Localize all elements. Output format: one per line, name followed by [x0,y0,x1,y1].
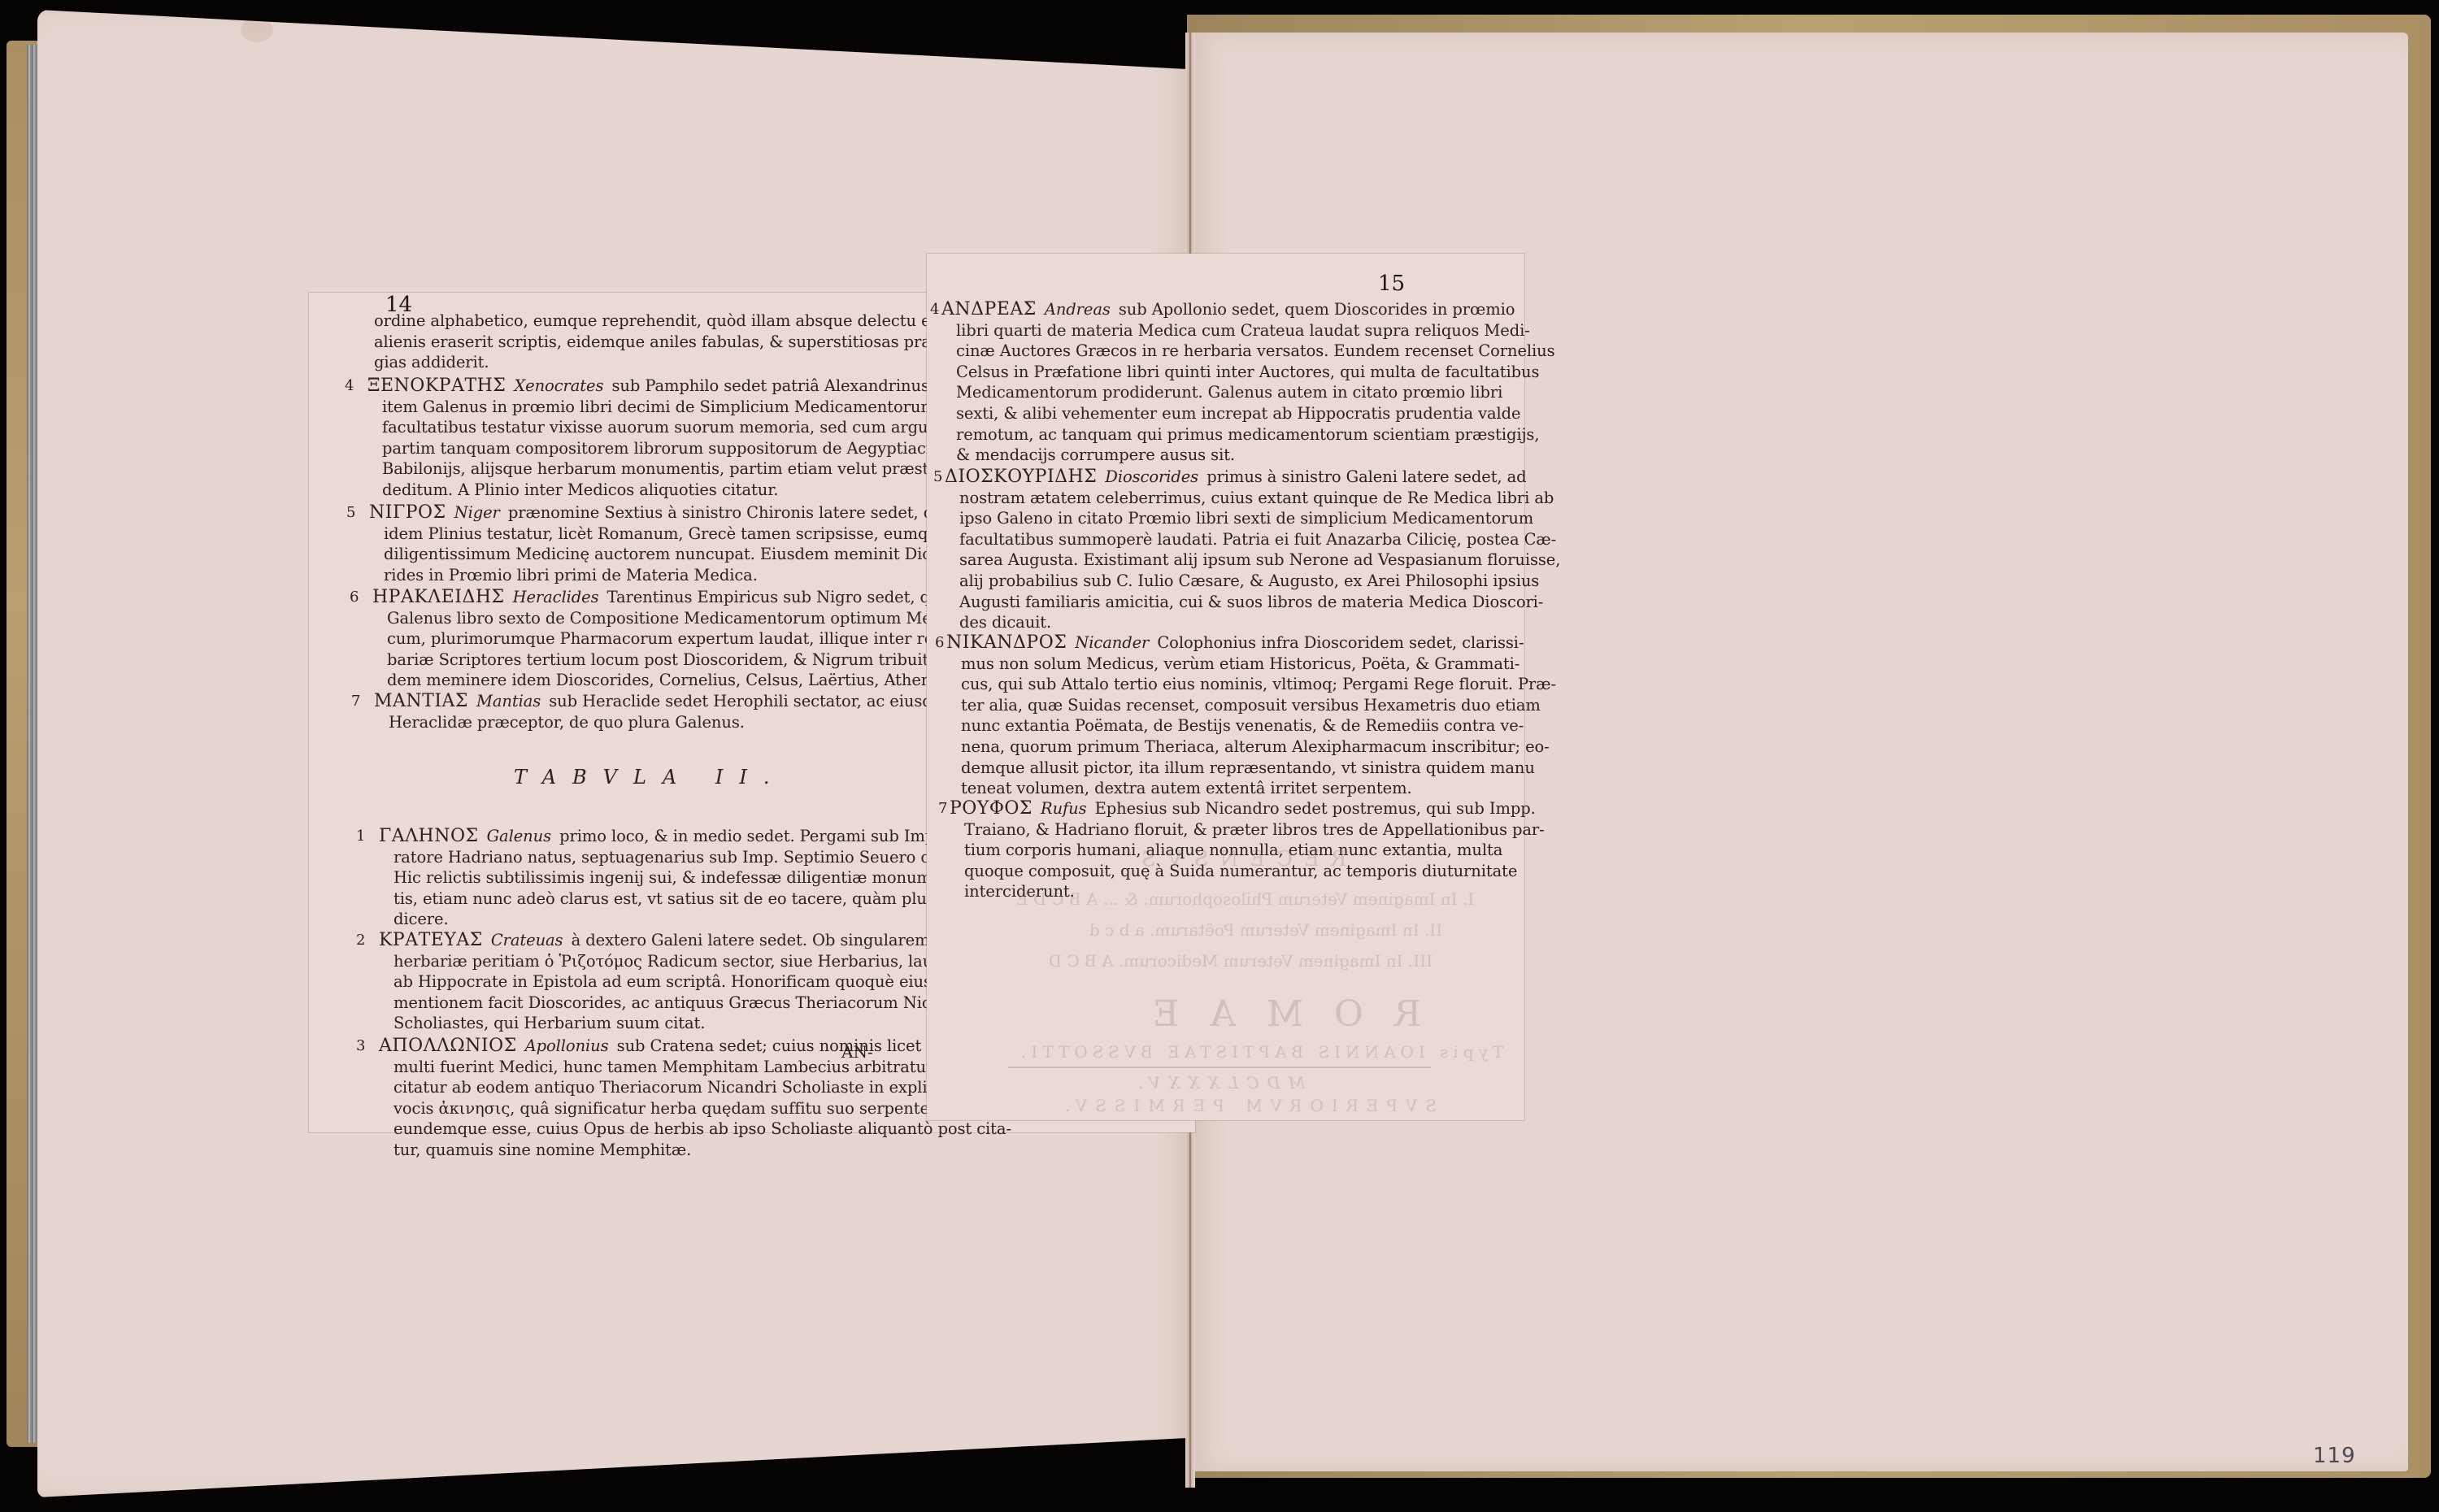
text-line: alienis eraserit scriptis, eidemque anil… [374,332,961,353]
entry-number: 5 [346,502,355,524]
greek-name: ΓΑΛΗΝΟΣ [379,826,479,846]
text-line: Tarentinus Empiricus sub Nigro sedet, qu… [607,588,965,606]
text-line: ordine alphabetico, eumque reprehendit, … [374,311,961,332]
text-line: libri quarti de materia Medica cum Crate… [941,320,1555,341]
entry-number: 6 [350,587,359,608]
text-line: diligentissimum Medicinę auctorem nuncup… [369,544,967,565]
text-line: ipso Galeno in citato Prœmio libri sexti… [945,508,1560,529]
latin-name: Andreas [1045,300,1111,319]
text-line: prænomine Sextius à sinistro Chironis la… [508,503,968,522]
text-line: bariæ Scriptores tertium locum post Dios… [372,650,979,671]
foxing-stain [241,18,273,42]
entry-crateuas: 2 ΚΡΑΤΕΥΑΣCrateuas à dextero Galeni late… [379,930,976,1034]
entry-number: 4 [345,376,354,397]
latin-name: Rufus [1041,799,1087,818]
text-line: tis, etiam nunc adeò clarus est, vt sati… [379,889,961,910]
text-line: citatur ab eodem antiquo Theriacorum Nic… [379,1077,1011,1098]
text-line: sarea Augusta. Existimant alij ipsum sub… [945,550,1560,571]
text-line: cinæ Auctores Græcos in re herbaria vers… [941,341,1555,362]
text-line: Galenus libro sexto de Compositione Medi… [372,608,979,629]
greek-name: ΞΕΝΟΚΡΑΤΗΣ [367,376,506,396]
text-line: Augusti familiaris amicitia, cui & suos … [945,592,1560,613]
greek-name: ΜΑΝΤΙΑΣ [374,691,468,711]
text-line: deditum. A Plinio inter Medicos aliquoti… [367,480,968,501]
latin-name: Xenocrates [514,376,603,395]
entry-number: 5 [933,467,942,488]
greek-name: ΗΡΑΚΛΕΙΔΗΣ [372,587,505,607]
show-through-license: SVPERIORVM PERMISSV. [1057,1096,1437,1115]
text-line: des dicauit. [945,612,1560,633]
text-line: sub Heraclide sedet Herophili sectator, … [549,692,956,710]
text-line: cum, plurimorumque Pharmacorum expertum … [372,628,979,650]
text-line: sub Cratena sedet; cuius nominis licet [617,1036,922,1055]
text-line: tur, quamuis sine nomine Memphitæ. [379,1140,1011,1161]
text-line: dem meminere idem Dioscorides, Cornelius… [372,670,979,691]
text-line: facultatibus summoperè laudati. Patria e… [945,529,1560,550]
entry-galenus: 1 ΓΑΛΗΝΟΣGalenus primo loco, & in medio … [379,826,961,930]
text-line: alij probabilius sub C. Iulio Cæsare, & … [945,571,1560,592]
text-line: sexti, & alibi vehementer eum increpat a… [941,403,1555,424]
text-line: demque allusit pictor, ita illum repræse… [946,758,1556,779]
intro-paragraph: ordine alphabetico, eumque reprehendit, … [374,311,961,373]
section-heading-tabula-ii: TABVLA II. [514,766,785,789]
text-line: ratore Hadriano natus, septuagenarius su… [379,847,961,868]
show-through-year: MDCLXXXV. [1130,1073,1305,1093]
entry-number: 6 [935,632,944,654]
text-line: Hic relictis subtilissimis ingenij sui, … [379,867,961,889]
text-line: multi fuerint Medici, hunc tamen Memphit… [379,1057,1011,1078]
text-line: ab Hippocrate in Epistola ad eum scriptâ… [379,971,976,993]
text-line: item Galenus in prœmio libri decimi de S… [367,397,968,418]
show-through-line: II. In Imaginem Veterum Poëtarum. a b c … [1089,920,1442,940]
text-line: nena, quorum primum Theriaca, alterum Al… [946,736,1556,758]
text-line: dicere. [379,909,961,930]
show-through-city: ROMAE [1122,993,1421,1035]
text-line: teneat volumen, dextra autem extentâ irr… [946,778,1556,799]
entry-number: 7 [351,691,360,712]
text-line: Scholiastes, qui Herbarium suum citat. [379,1013,976,1034]
latin-name: Nicander [1075,633,1149,652]
text-line: Heraclidæ præceptor, de quo plura Galenu… [374,712,956,733]
entry-mantias: 7 ΜΑΝΤΙΑΣMantias sub Heraclide sedet Her… [374,691,956,732]
latin-name: Galenus [487,827,551,845]
text-line: Babilonijs, alijsque herbarum monumentis… [367,458,968,480]
show-through-printer: Typis IOANNIS BAPTISTAE BVSSOTTI. [1016,1042,1503,1062]
pasted-slip-page-15: 15 4 ΑΝΔΡΕΑΣAndreas sub Apollonio sedet,… [927,254,1524,1120]
text-line: & mendacijs corrumpere ausus sit. [941,445,1555,466]
text-line: rides in Prœmio libri primi de Materia M… [369,565,967,586]
greek-name: ΡΟΥΦΟΣ [950,798,1033,819]
latin-name: Heraclides [513,588,599,606]
text-line: nunc extantia Poëmata, de Bestijs venena… [946,715,1556,736]
text-line: mentionem facit Dioscorides, ac antiquus… [379,993,976,1014]
entry-andreas: 4 ΑΝΔΡΕΑΣAndreas sub Apollonio sedet, qu… [941,299,1555,466]
entry-number: 4 [930,299,939,320]
entry-dioscorides: 5 ΔΙΟΣΚΟΥΡΙΔΗΣDioscorides primus à sinis… [945,467,1560,633]
text-line: partim tanquam compositorem librorum sup… [367,438,968,459]
text-line: ter alia, quæ Suidas recenset, composuit… [946,695,1556,716]
text-line: sub Apollonio sedet, quem Dioscorides in… [1119,300,1515,319]
text-line: mus non solum Medicus, verùm etiam Histo… [946,654,1556,675]
greek-name: ΑΝΔΡΕΑΣ [941,299,1037,319]
entry-heraclides: 6 ΗΡΑΚΛΕΙΔΗΣHeraclides Tarentinus Empiri… [372,587,979,691]
folio-number: 15 [1378,272,1405,296]
text-line: Medicamentorum prodiderunt. Galenus aute… [941,382,1555,403]
text-line: remotum, ac tanquam qui primus medicamen… [941,424,1555,445]
latin-name: Crateuas [491,931,563,949]
text-line: vocis ἀκινησις, quâ significatur herba q… [379,1098,1011,1119]
latin-name: Niger [454,503,500,522]
entry-number: 3 [356,1036,365,1057]
greek-name: ΝΙΓΡΟΣ [369,502,446,523]
latin-name: Dioscorides [1105,467,1198,486]
entry-number: 2 [356,930,365,951]
show-through-heading: RECENSVS [1130,847,1347,871]
show-through-line: III. In Imaginem Veterum Medicorum. A B … [1049,951,1433,971]
entry-number: 7 [938,798,947,819]
text-line: cus, qui sub Attalo tertio eius nominis,… [946,674,1556,695]
entry-apollonius: 3 ΑΠΟΛΛΩΝΙΟΣApollonius sub Cratena sedet… [379,1036,1011,1161]
text-line: gias addiderit. [374,352,961,373]
page-edges [27,45,38,1443]
text-line: herbariæ peritiam ὁ Ῥιζοτόμος Radicum se… [379,951,976,972]
entry-xenocrates: 4 ΞΕΝΟΚΡΑΤΗΣXenocrates sub Pamphilo sede… [367,376,968,501]
entry-nicander: 6 ΝΙΚΑΝΔΡΟΣNicander Colophonius infra Di… [946,632,1556,799]
text-line: eundemque esse, cuius Opus de herbis ab … [379,1119,1011,1140]
text-line: sub Pamphilo sedet patriâ Alexandrinus, … [611,376,968,395]
catchword: AN- [841,1042,873,1062]
pencil-page-number: 119 [2313,1444,2356,1468]
greek-name: ΑΠΟΛΛΩΝΙΟΣ [379,1036,517,1056]
text-line: nostram ætatem celeberrimus, cuius extan… [945,488,1560,509]
entry-number: 1 [356,826,365,847]
greek-name: ΝΙΚΑΝΔΡΟΣ [946,632,1067,653]
text-line: facultatibus testatur vixisse auorum suo… [367,417,968,438]
show-through-line: I. In Imaginem Veterum Philosophorum. & … [1016,889,1474,909]
text-line: idem Plinius testatur, licèt Romanum, Gr… [369,524,967,545]
text-line: Ephesius sub Nicandro sedet postremus, q… [1095,799,1536,818]
greek-name: ΚΡΑΤΕΥΑΣ [379,930,483,950]
greek-name: ΔΙΟΣΚΟΥΡΙΔΗΣ [945,467,1097,487]
latin-name: Mantias [476,692,541,710]
text-line: Celsus in Præfatione libri quinti inter … [941,362,1555,383]
text-line: Colophonius infra Dioscoridem sedet, cla… [1157,633,1524,652]
latin-name: Apollonius [525,1036,609,1055]
text-line: Traiano, & Hadriano floruit, & præter li… [950,819,1545,841]
show-through-rule [1008,1067,1431,1068]
text-line: primo loco, & in medio sedet. Pergami su… [559,827,950,845]
text-line: primus à sinistro Galeni latere sedet, a… [1206,467,1526,486]
entry-niger: 5 ΝΙΓΡΟΣNiger prænomine Sextius à sinist… [369,502,967,585]
text-line: à dextero Galeni latere sedet. Ob singul… [572,931,957,949]
